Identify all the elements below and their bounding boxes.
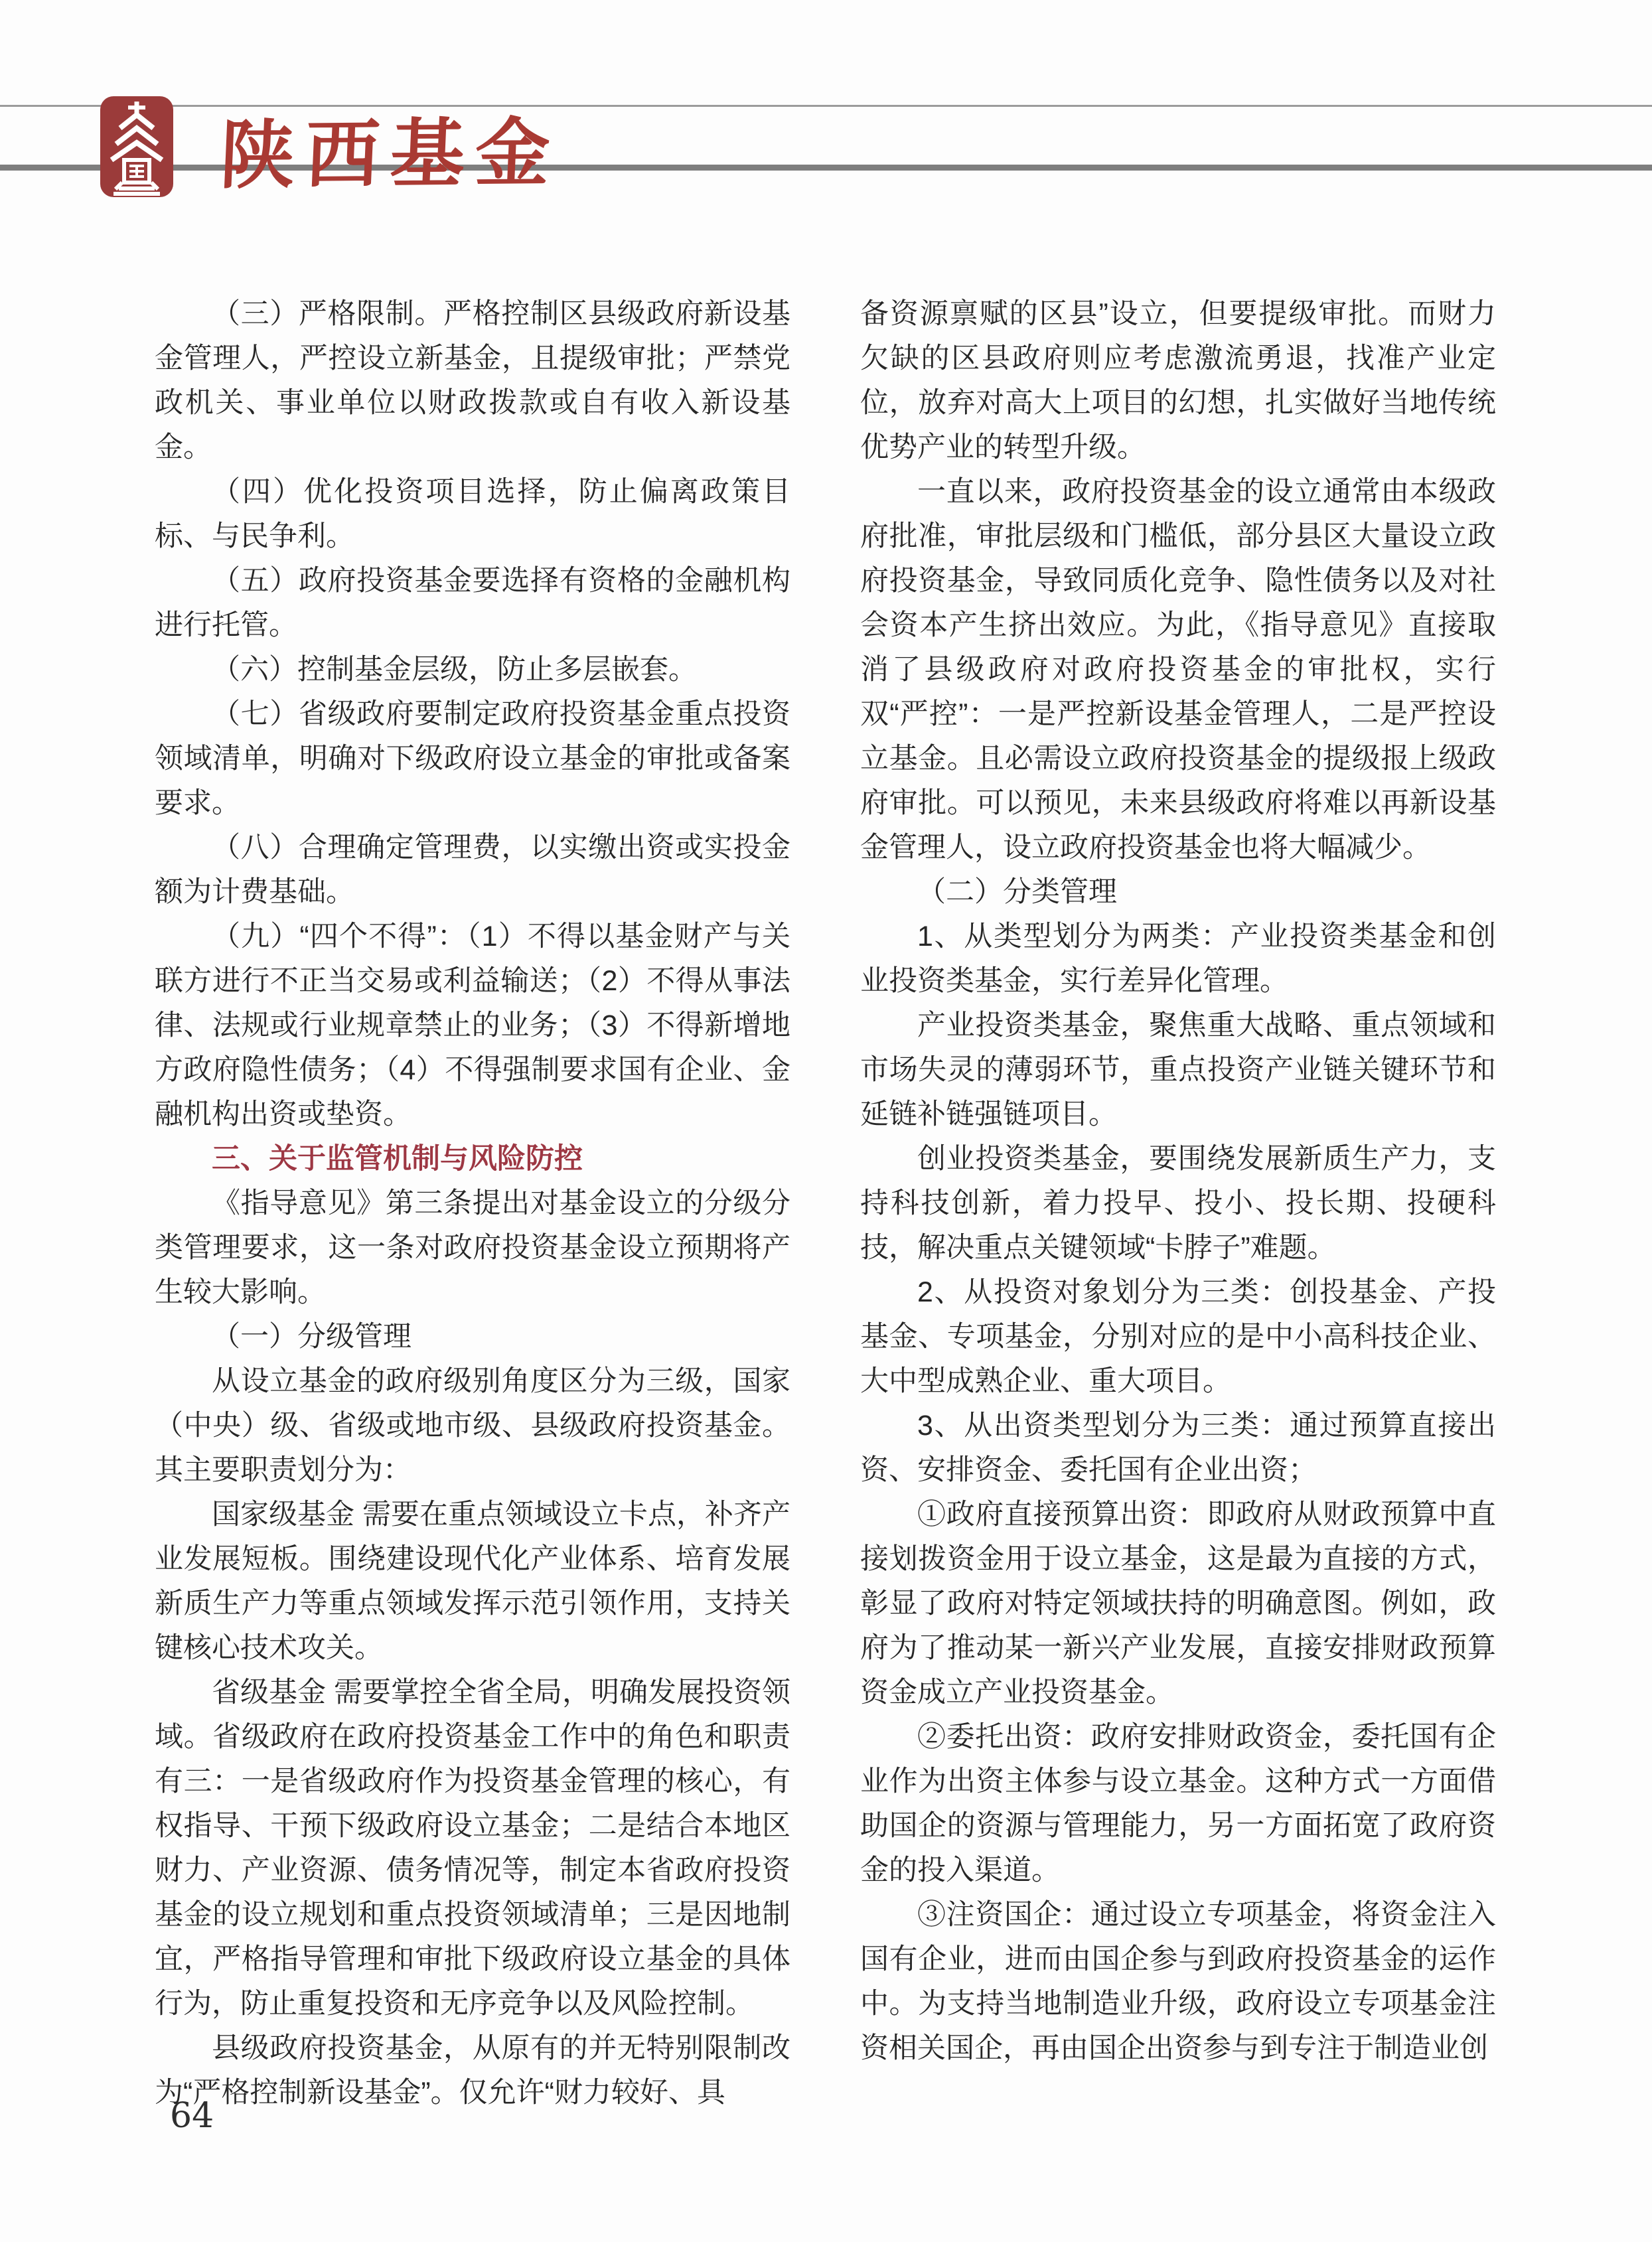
paragraph: 3、从出资类型划分为三类：通过预算直接出资、安排资金、委托国有企业出资；: [860, 1404, 1496, 1493]
article-column-right: 备资源禀赋的区县”设立，但要提级审批。而财力欠缺的区县政府则应考虑激流勇退，找准…: [860, 292, 1496, 2071]
paragraph: （九）“四个不得”：（1）不得以基金财产与关联方进行不正当交易或利益输送；（2）…: [155, 915, 790, 1137]
paragraph-continuation: 备资源禀赋的区县”设立，但要提级审批。而财力欠缺的区县政府则应考虑激流勇退，找准…: [860, 292, 1496, 470]
article-column-left: （三）严格限制。严格控制区县级政府新设基金管理人，严控设立新基金，且提级审批；严…: [155, 292, 790, 2115]
paragraph: 省级基金 需要掌控全省全局，明确发展投资领域。省级政府在政府投资基金工作中的角色…: [155, 1671, 790, 2026]
section-heading: 三、关于监管机制与风险防控: [155, 1137, 790, 1181]
paragraph: （三）严格限制。严格控制区县级政府新设基金管理人，严控设立新基金，且提级审批；严…: [155, 292, 790, 470]
paragraph: ①政府直接预算出资：即政府从财政预算中直接划拨资金用于设立基金，这是最为直接的方…: [860, 1493, 1496, 1715]
paragraph: 从设立基金的政府级别角度区分为三级，国家（中央）级、省级或地市级、县级政府投资基…: [155, 1359, 790, 1493]
paragraph: 《指导意见》第三条提出对基金设立的分级分类管理要求，这一条对政府投资基金设立预期…: [155, 1181, 790, 1315]
pagoda-seal-logo: [100, 96, 174, 198]
paragraph: 1、从类型划分为两类：产业投资类基金和创业投资类基金，实行差异化管理。: [860, 915, 1496, 1004]
subsection-heading: （一）分级管理: [155, 1315, 790, 1359]
paragraph: 创业投资类基金，要围绕发展新质生产力，支持科技创新，着力投早、投小、投长期、投硬…: [860, 1137, 1496, 1270]
paragraph: 2、从投资对象划分为三类：创投基金、产投基金、专项基金，分别对应的是中小高科技企…: [860, 1270, 1496, 1404]
magazine-page: 陕西基金 （三）严格限制。严格控制区县级政府新设基金管理人，严控设立新基金，且提…: [0, 0, 1652, 2242]
header-rule-thin: [0, 105, 1652, 107]
paragraph: 产业投资类基金，聚焦重大战略、重点领域和市场失灵的薄弱环节，重点投资产业链关键环…: [860, 1004, 1496, 1137]
paragraph: 一直以来，政府投资基金的设立通常由本级政府批准，审批层级和门槛低，部分县区大量设…: [860, 470, 1496, 870]
paragraph: （六）控制基金层级，防止多层嵌套。: [155, 648, 790, 692]
subsection-heading: （二）分类管理: [860, 870, 1496, 915]
page-number: 64: [170, 2096, 214, 2136]
paragraph: ②委托出资：政府安排财政资金，委托国有企业作为出资主体参与设立基金。这种方式一方…: [860, 1715, 1496, 1893]
paragraph: （四）优化投资项目选择，防止偏离政策目标、与民争利。: [155, 470, 790, 559]
brand-title: 陕西基金: [218, 110, 562, 199]
paragraph: 县级政府投资基金，从原有的并无特别限制改为“严格控制新设基金”。仅允许“财力较好…: [155, 2026, 790, 2115]
paragraph: ③注资国企：通过设立专项基金，将资金注入国有企业，进而由国企参与到政府投资基金的…: [860, 1893, 1496, 2071]
paragraph: 国家级基金 需要在重点领域设立卡点，补齐产业发展短板。围绕建设现代化产业体系、培…: [155, 1493, 790, 1671]
paragraph: （七）省级政府要制定政府投资基金重点投资领域清单，明确对下级政府设立基金的审批或…: [155, 692, 790, 826]
paragraph: （八）合理确定管理费，以实缴出资或实投金额为计费基础。: [155, 826, 790, 915]
paragraph: （五）政府投资基金要选择有资格的金融机构进行托管。: [155, 559, 790, 648]
